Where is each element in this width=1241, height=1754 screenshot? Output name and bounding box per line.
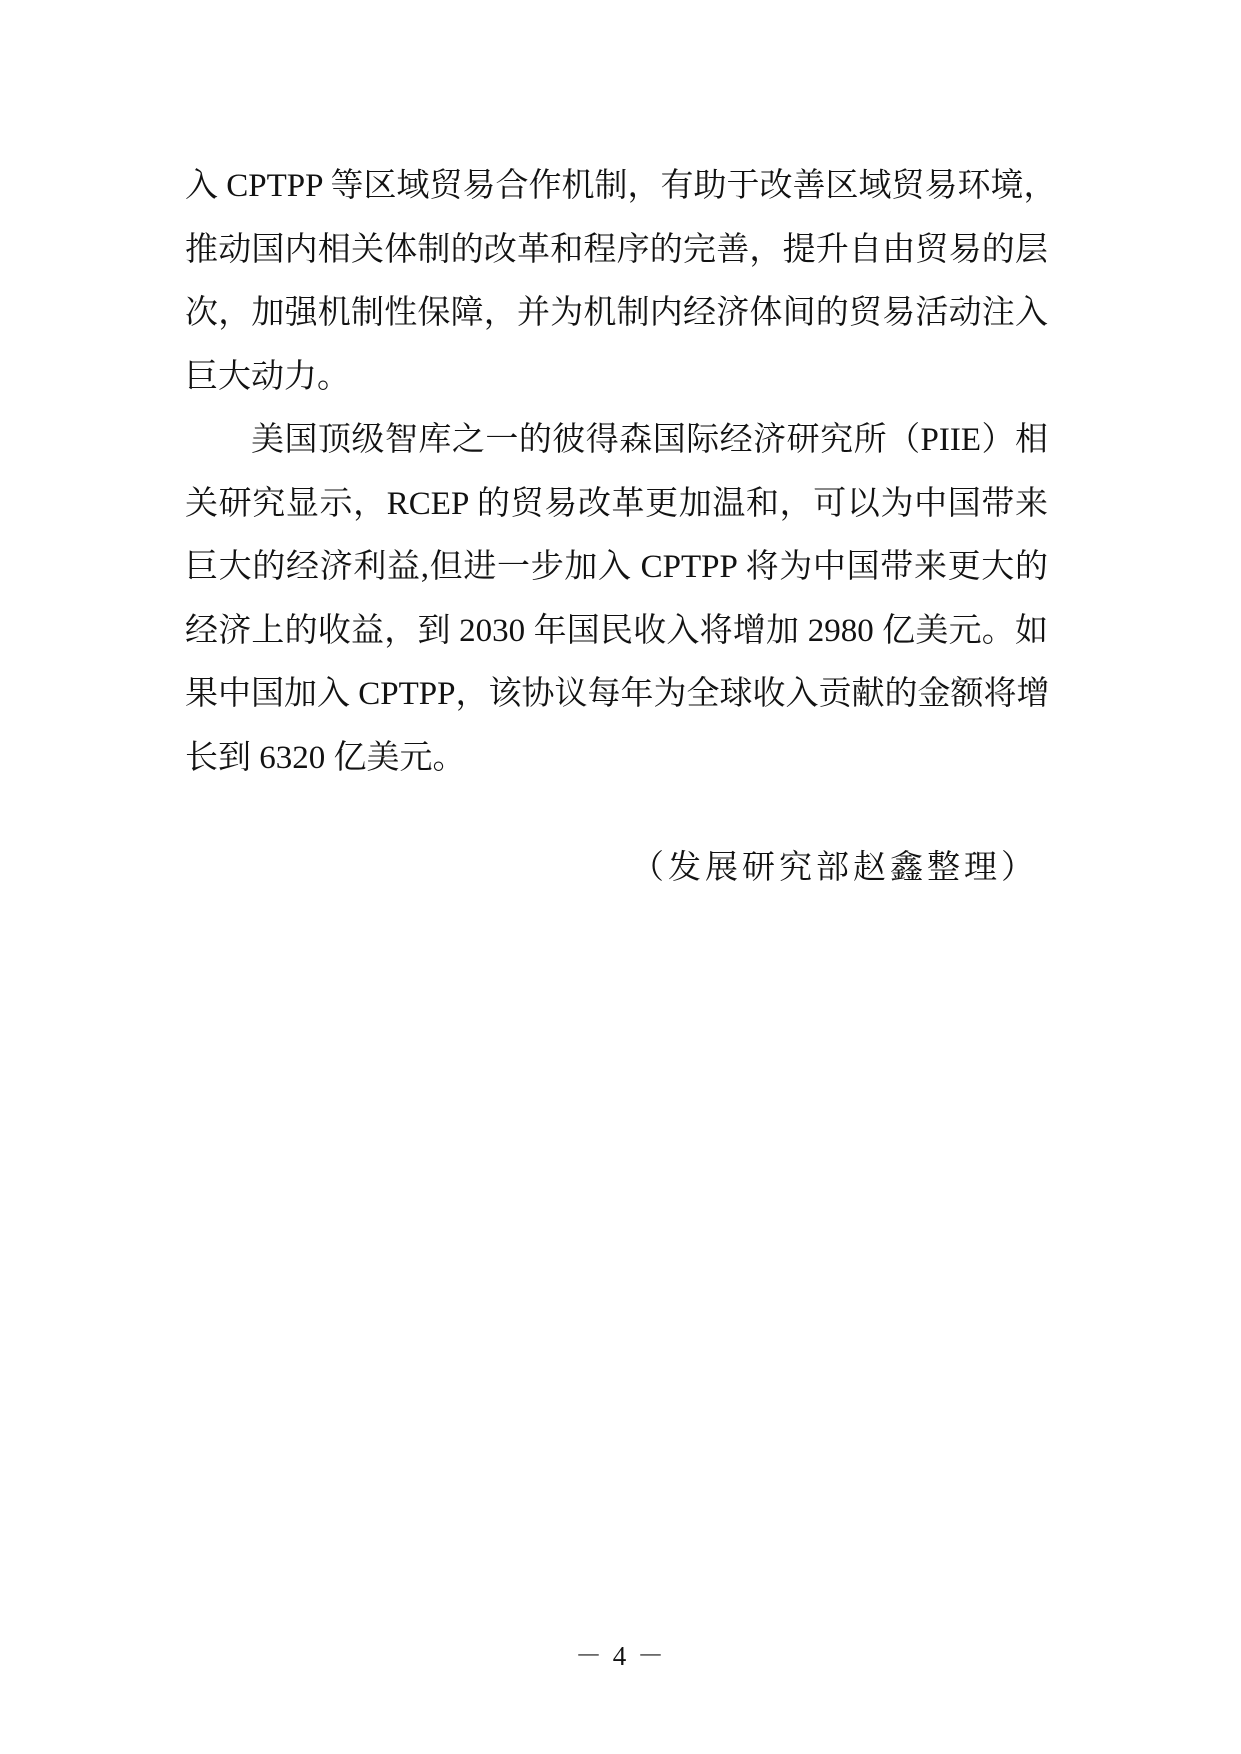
text-line: 巨大动力。 bbox=[185, 346, 1048, 410]
document-page: 入 CPTPP 等区域贸易合作机制，有助于改善区域贸易环境，推动国内相关体制的改… bbox=[0, 0, 1241, 1754]
text-line: 次，加强机制性保障，并为机制内经济体间的贸易活动注入 bbox=[185, 282, 1048, 346]
text-line: 入 CPTPP 等区域贸易合作机制，有助于改善区域贸易环境， bbox=[185, 155, 1048, 219]
paragraph-1: 入 CPTPP 等区域贸易合作机制，有助于改善区域贸易环境，推动国内相关体制的改… bbox=[185, 155, 1048, 409]
text-line: 经济上的收益，到 2030 年国民收入将增加 2980 亿美元。如 bbox=[185, 600, 1048, 664]
attribution-line: （发展研究部赵鑫整理） bbox=[185, 837, 1048, 901]
text-line: 推动国内相关体制的改革和程序的完善，提升自由贸易的层 bbox=[185, 219, 1048, 283]
text-line: 长到 6320 亿美元。 bbox=[185, 727, 1048, 791]
text-line: 巨大的经济利益,但进一步加入 CPTPP 将为中国带来更大的 bbox=[185, 536, 1048, 600]
text-line: 关研究显示，RCEP 的贸易改革更加温和，可以为中国带来 bbox=[185, 473, 1048, 537]
text-line: 美国顶级智库之一的彼得森国际经济研究所（PIIE）相 bbox=[185, 409, 1048, 473]
body-text: 入 CPTPP 等区域贸易合作机制，有助于改善区域贸易环境，推动国内相关体制的改… bbox=[185, 155, 1048, 901]
text-line: 果中国加入 CPTPP，该协议每年为全球收入贡献的金额将增 bbox=[185, 663, 1048, 727]
page-number: － 4 － bbox=[0, 1634, 1241, 1673]
paragraph-2: 美国顶级智库之一的彼得森国际经济研究所（PIIE）相关研究显示，RCEP 的贸易… bbox=[185, 409, 1048, 790]
